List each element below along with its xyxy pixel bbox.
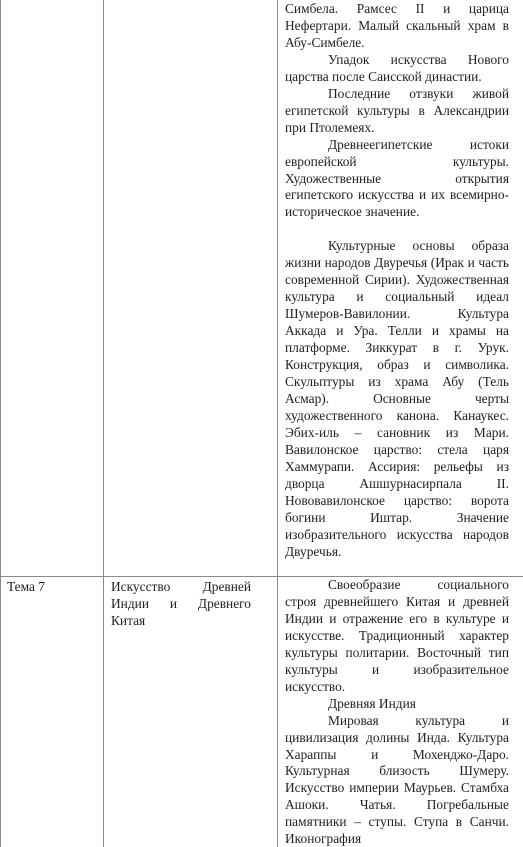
topic-cell: Тема 7 — [1, 577, 104, 847]
content-cell: Симбела. Рамсес II и царица Нефертари. М… — [278, 0, 523, 577]
content-paragraph: Последние отзвуки живой египетской культ… — [285, 86, 509, 137]
document-page: Симбела. Рамсес II и царица Нефертари. М… — [0, 0, 523, 847]
content-paragraph: Своеобразие социального строя древнейшег… — [285, 577, 509, 696]
title-cell — [104, 0, 278, 577]
table-row: Симбела. Рамсес II и царица Нефертари. М… — [1, 0, 523, 577]
section-heading: Древняя Индия — [285, 696, 509, 713]
title-cell: Искусство Древней Индии и Древнего Китая — [104, 577, 278, 847]
content-paragraph: Упадок искусства Нового царства после Са… — [285, 52, 509, 86]
content-paragraph: Древнеегипетские истоки европейской куль… — [285, 137, 509, 222]
table-row: Тема 7 Искусство Древней Индии и Древнег… — [1, 577, 523, 847]
curriculum-table: Симбела. Рамсес II и царица Нефертари. М… — [0, 0, 523, 847]
content-paragraph: Симбела. Рамсес II и царица Нефертари. М… — [285, 1, 509, 52]
topic-title: Искусство Древней Индии и Древнего Китая — [104, 577, 277, 630]
content-paragraph: Мировая культура и цивилизация долины Ин… — [285, 713, 509, 847]
paragraph-spacer — [285, 221, 509, 238]
content-cell: Своеобразие социального строя древнейшег… — [278, 577, 523, 847]
topic-label: Тема 7 — [1, 577, 103, 596]
content-paragraph: Культурные основы образа жизни народов Д… — [285, 238, 509, 560]
topic-cell — [1, 0, 104, 577]
